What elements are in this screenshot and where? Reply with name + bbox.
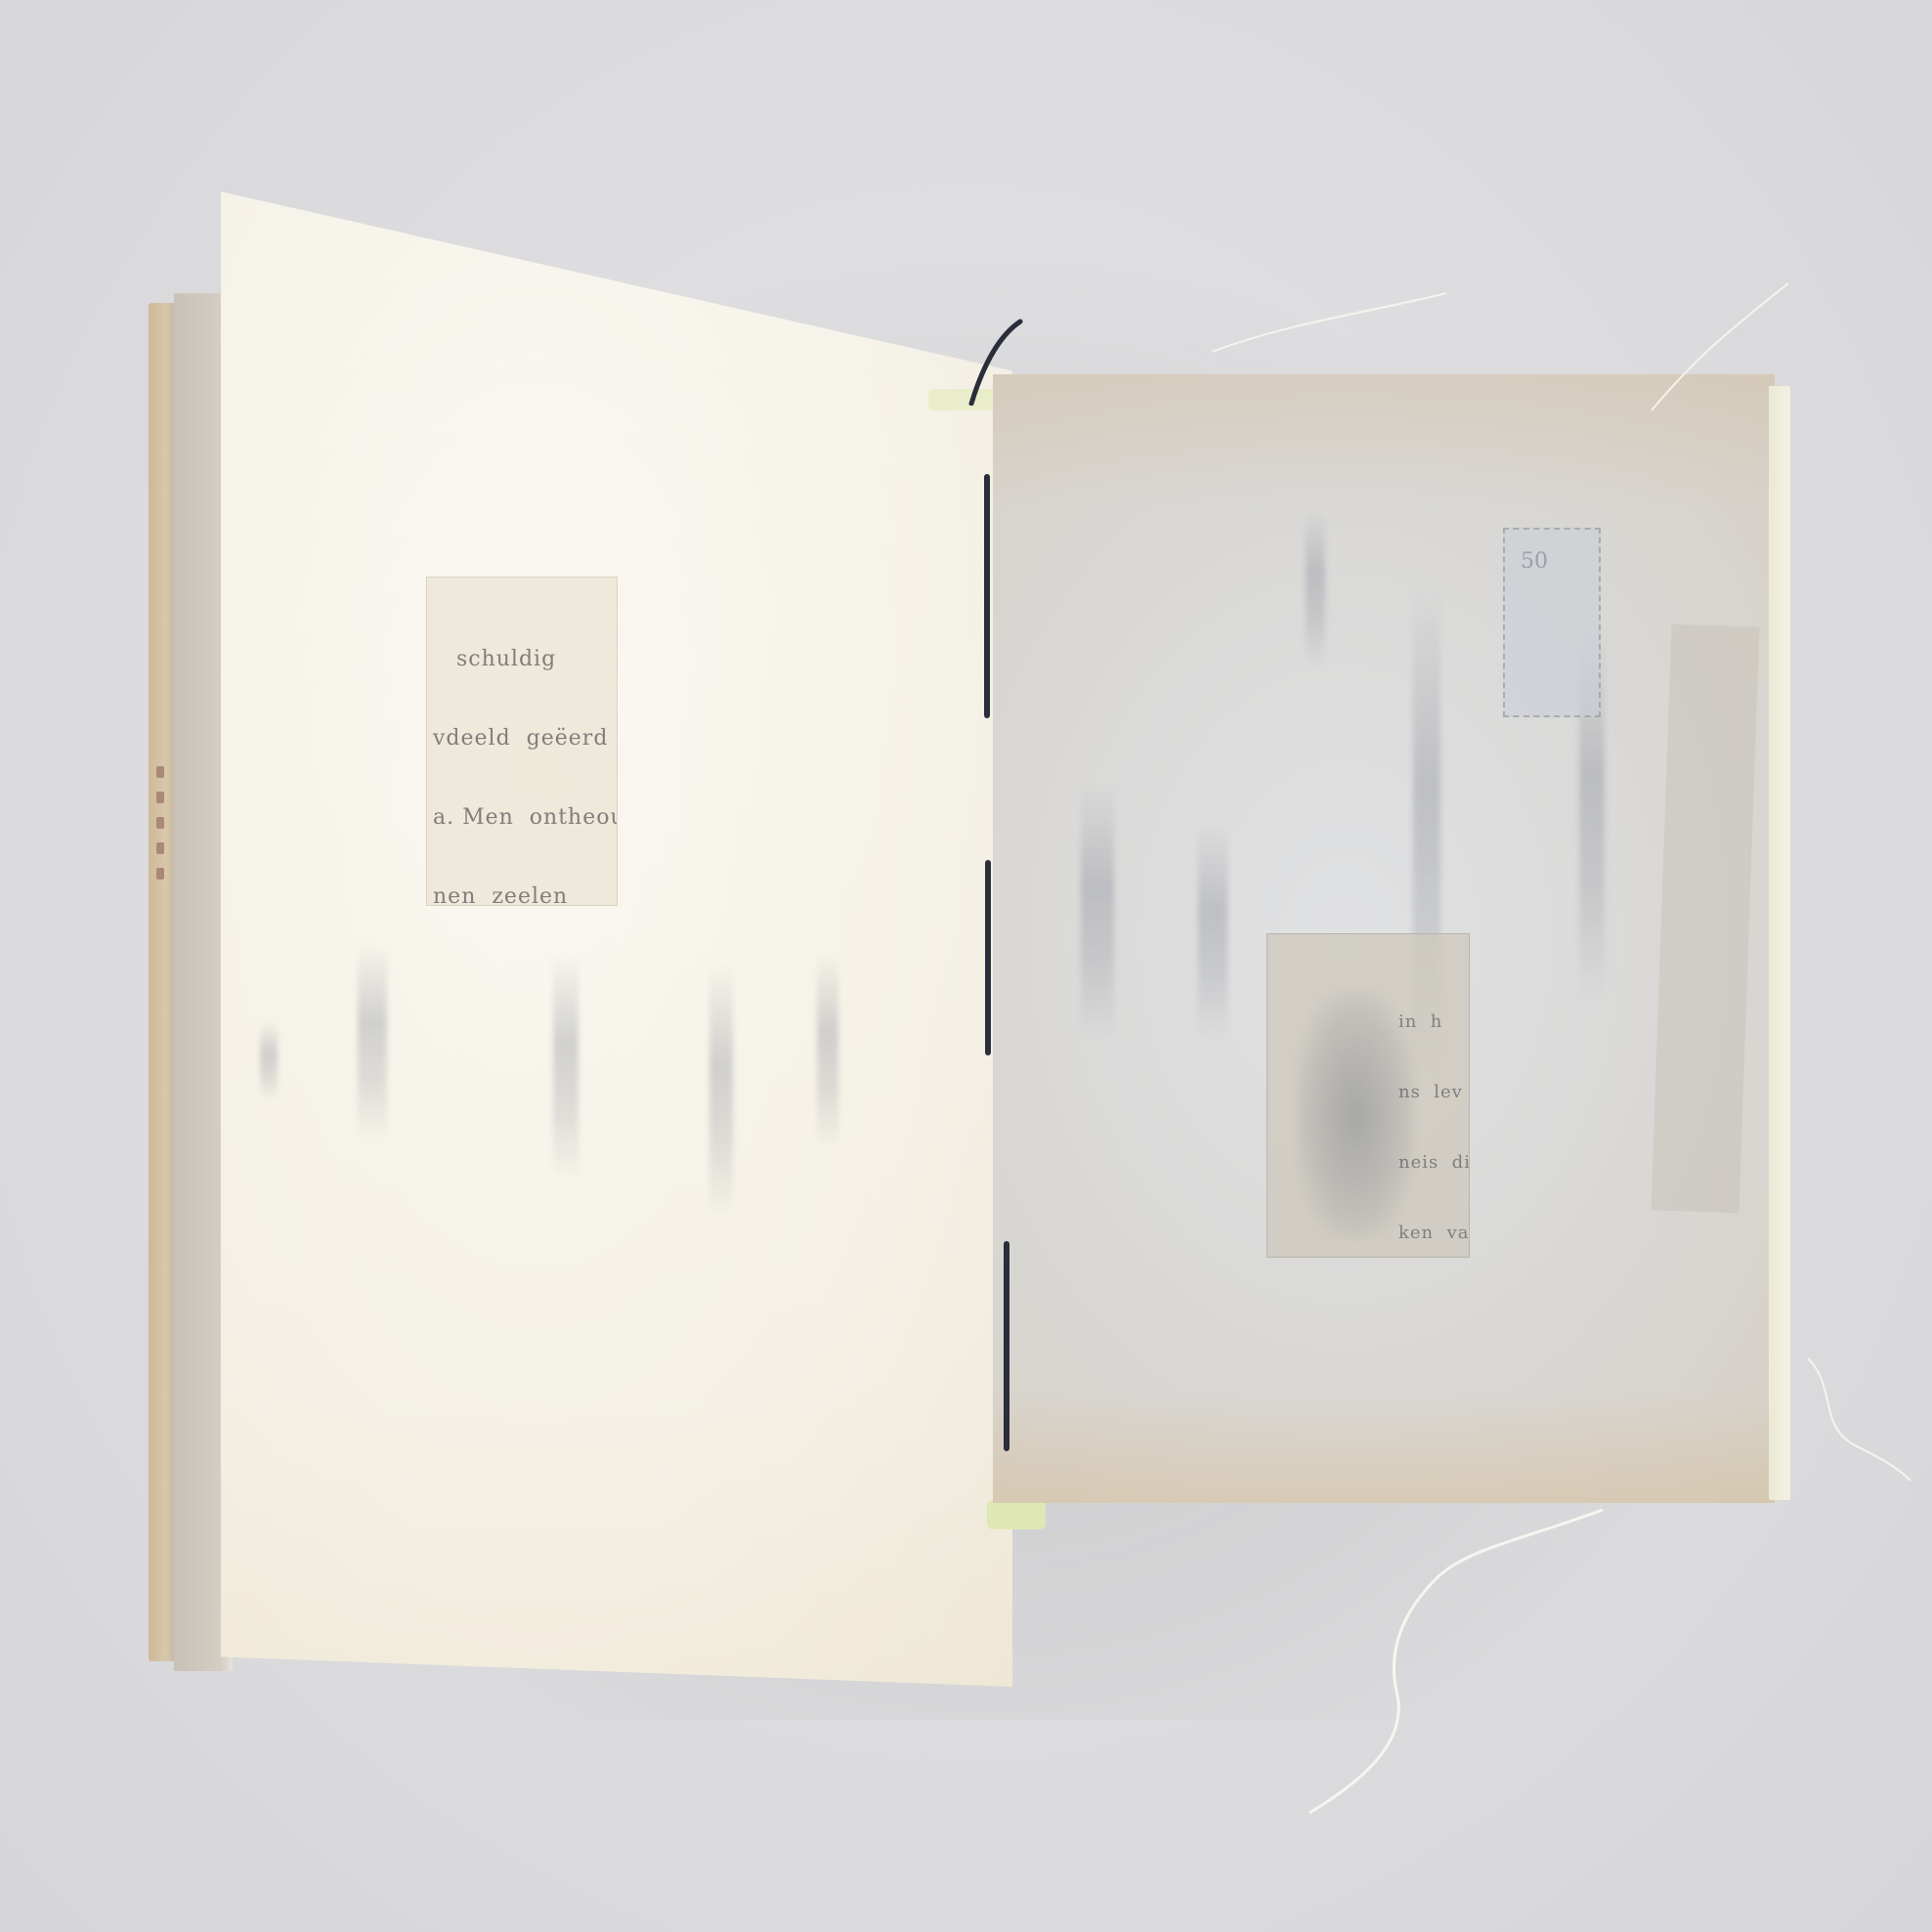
edge-decorative-marks [156,752,170,928]
clipping-line: in h [1398,1010,1465,1034]
clipping-text-lines: schuldig vdeeld geëerd a. Men ontheou ne… [433,593,613,906]
stamp-value: 50 [1521,545,1548,579]
loose-fiber-icon [1212,264,1798,420]
figure-image [1297,993,1414,1237]
right-page-stack [1769,386,1790,1500]
binding-stitch [985,860,991,1055]
charcoal-smudge [260,1022,278,1100]
charcoal-smudge [817,954,838,1149]
clipping-line: vdeeld geëerd [433,725,613,751]
charcoal-smudge [1306,511,1325,667]
clipping-line: ken van [1398,1222,1465,1245]
postage-stamp: 50 [1503,528,1601,717]
clipping-line: schuldig [433,646,613,672]
text-image-clipping: in h ns lev neis di ken van n als v swij… [1267,933,1470,1258]
loose-fiber-icon [1300,1500,1710,1832]
clipping-text-lines: in h ns lev neis di ken van n als v swij… [1398,964,1465,1258]
binding-stitch [984,474,990,718]
clipping-line: neis di [1398,1151,1465,1175]
thread-tail-icon [967,318,1026,406]
loose-fiber-icon [1798,1349,1915,1485]
clipping-line: a. Men ontheou [433,804,613,831]
charcoal-smudge [1081,785,1114,1039]
dutch-text-clipping: schuldig vdeeld geëerd a. Men ontheou ne… [426,577,618,906]
charcoal-smudge [358,944,387,1139]
spine-tape-bottom [987,1500,1046,1529]
charcoal-smudge [553,954,579,1179]
clipping-line: nen zeelen [433,883,613,906]
binding-stitch [1004,1241,1009,1451]
clipping-line: ns lev [1398,1081,1465,1104]
charcoal-smudge [709,964,733,1218]
left-page[interactable] [221,192,1012,1687]
charcoal-smudge [1198,824,1227,1039]
